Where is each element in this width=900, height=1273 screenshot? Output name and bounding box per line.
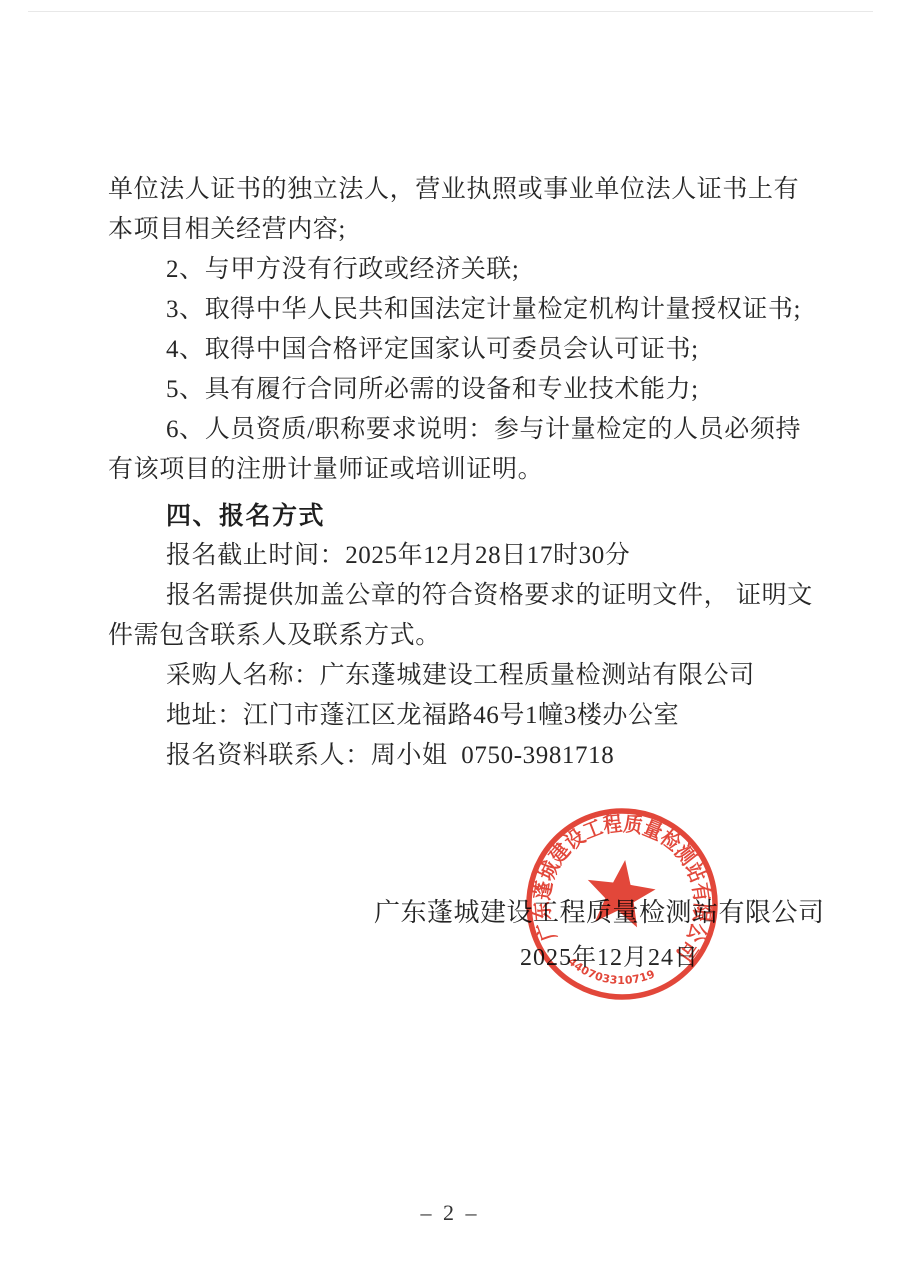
scan-artifact-line — [28, 11, 873, 12]
list-item-6: 6、人员资质/职称要求说明：参与计量检定的人员必须持 — [108, 410, 796, 450]
document-page: { "doc": { "lines": [ {"text": "单位法人证书的独… — [0, 0, 900, 1273]
body-line: 本项目相关经营内容; — [108, 210, 796, 250]
body-line: 报名需提供加盖公章的符合资格要求的证明文件， 证明文 — [108, 576, 796, 616]
company-seal: 广东蓬城建设工程质量检测站有限公司 440703310719 — [512, 794, 732, 1014]
page-number: – 2 – — [0, 1200, 900, 1226]
list-item-5: 5、具有履行合同所必需的设备和专业技术能力; — [108, 370, 796, 410]
purchaser-name-line: 采购人名称：广东蓬城建设工程质量检测站有限公司 — [108, 656, 796, 696]
list-item-2: 2、与甲方没有行政或经济关联; — [108, 250, 796, 290]
body-line: 有该项目的注册计量师证或培训证明。 — [108, 450, 796, 490]
address-line: 地址：江门市蓬江区龙福路46号1幢3楼办公室 — [108, 696, 796, 736]
list-item-4: 4、取得中国合格评定国家认可委员会认可证书; — [108, 330, 796, 370]
body-line: 单位法人证书的独立法人，营业执照或事业单位法人证书上有 — [108, 170, 796, 210]
body-text-block: 单位法人证书的独立法人，营业执照或事业单位法人证书上有 本项目相关经营内容; 2… — [108, 170, 796, 776]
star-icon — [582, 855, 659, 929]
registration-deadline-line: 报名截止时间：2025年12月28日17时30分 — [108, 536, 796, 576]
list-item-3: 3、取得中华人民共和国法定计量检定机构计量授权证书; — [108, 290, 796, 330]
body-line: 件需包含联系人及联系方式。 — [108, 616, 796, 656]
section-heading-registration-method: 四、报名方式 — [108, 496, 796, 536]
contact-line: 报名资料联系人：周小姐 0750-3981718 — [108, 736, 796, 776]
